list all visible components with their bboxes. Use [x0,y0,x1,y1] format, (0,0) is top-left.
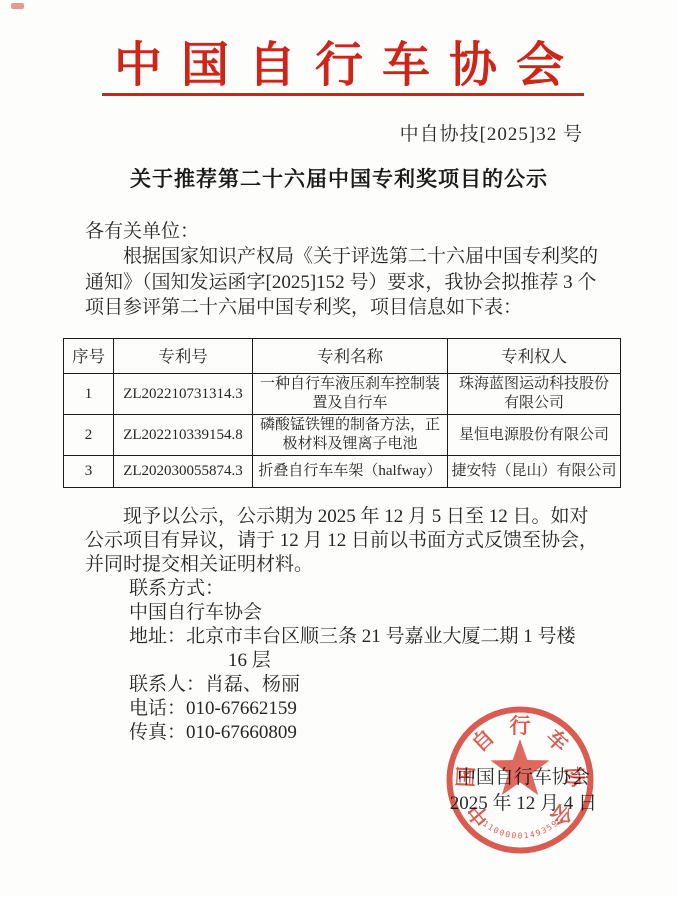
table-row: 1 ZL202210731314.3 一种自行车液压刹车控制装 置及自行车 珠海… [64,374,621,415]
body-intro: 各有关单位： 根据国家知识产权局《关于评选第二十六届中国专利奖的通知》（国知发运… [85,219,599,321]
svg-text:4: 4 [529,830,536,840]
table-row: 3 ZL202030055874.3 折叠自行车车架（halfway） 捷安特（… [64,456,621,488]
contact-phone: 电话：010-67662159 [85,697,599,721]
col-header-patentee: 专利权人 [448,339,621,374]
patent-table: 序号 专利号 专利名称 专利权人 1 ZL202210731314.3 一种自行… [63,338,621,488]
svg-text:1: 1 [523,831,529,840]
scan-artifact [11,3,24,9]
paragraph-publicity: 现予以公示，公示期为 2025 年 12 月 5 日至 12 日。如对公示项目有… [85,505,599,577]
signature-block: 中国自行车协会 2025 年 12 月 4 日 [450,765,597,817]
contact-address-line2: 16 层 [85,649,599,673]
letterhead-org-name: 中国自行车协会 [0,26,678,95]
table-cell: 3 [64,456,114,488]
col-header-patent-name: 专利名称 [253,339,448,374]
table-cell: 珠海蓝图运动科技股份 有限公司 [448,374,621,415]
table-row: 2 ZL202210339154.8 磷酸锰铁锂的制备方法，正 极材料及锂离子电… [64,415,621,456]
signature-date: 2025 年 12 月 4 日 [450,791,597,817]
svg-text:0: 0 [518,832,523,841]
svg-text:1: 1 [486,823,495,833]
signature-org: 中国自行车协会 [450,765,597,791]
svg-text:9: 9 [534,828,542,838]
contact-label: 联系方式： [85,577,599,601]
table-cell: 折叠自行车车架（halfway） [253,456,448,488]
table-header-row: 序号 专利号 专利名称 专利权人 [64,339,621,374]
svg-text:0: 0 [492,826,500,836]
document-page: 中国自行车协会 中自协技[2025]32 号 关于推荐第二十六届中国专利奖项目的… [0,0,678,897]
contact-org: 中国自行车协会 [85,601,599,625]
table-cell: ZL202210731314.3 [114,374,253,415]
document-number: 中自协技[2025]32 号 [0,119,678,146]
table-cell: 2 [64,415,114,456]
contact-fax: 传真：010-67660809 [85,721,599,745]
letterhead-divider [102,93,584,96]
table-cell: 一种自行车液压刹车控制装 置及自行车 [253,374,448,415]
svg-text:1: 1 [481,819,490,829]
seal-serial-number: 1100000149359 [481,819,559,841]
document-title: 关于推荐第二十六届中国专利奖项目的公示 [0,163,678,193]
salutation: 各有关单位： [85,219,599,244]
table-cell: ZL202210339154.8 [114,415,253,456]
svg-text:0: 0 [511,831,517,840]
svg-text:3: 3 [540,825,548,835]
body-closing: 现予以公示，公示期为 2025 年 12 月 5 日至 12 日。如对公示项目有… [85,505,599,745]
table-cell: ZL202030055874.3 [114,456,253,488]
contact-persons: 联系人：肖磊、杨丽 [85,673,599,697]
table-cell: 1 [64,374,114,415]
svg-text:5: 5 [545,822,554,832]
svg-text:0: 0 [498,828,506,838]
svg-text:9: 9 [550,819,559,829]
svg-text:0: 0 [504,830,511,840]
col-header-index: 序号 [64,339,114,374]
table-cell: 磷酸锰铁锂的制备方法，正 极材料及锂离子电池 [253,415,448,456]
table-cell: 捷安特（昆山）有限公司 [448,456,621,488]
table-cell: 星恒电源股份有限公司 [448,415,621,456]
col-header-patent-no: 专利号 [114,339,253,374]
contact-address-line1: 地址：北京市丰台区顺三条 21 号嘉业大厦二期 1 号楼 [85,625,599,649]
paragraph-recommend: 根据国家知识产权局《关于评选第二十六届中国专利奖的通知》（国知发运函字[2025… [85,244,599,320]
